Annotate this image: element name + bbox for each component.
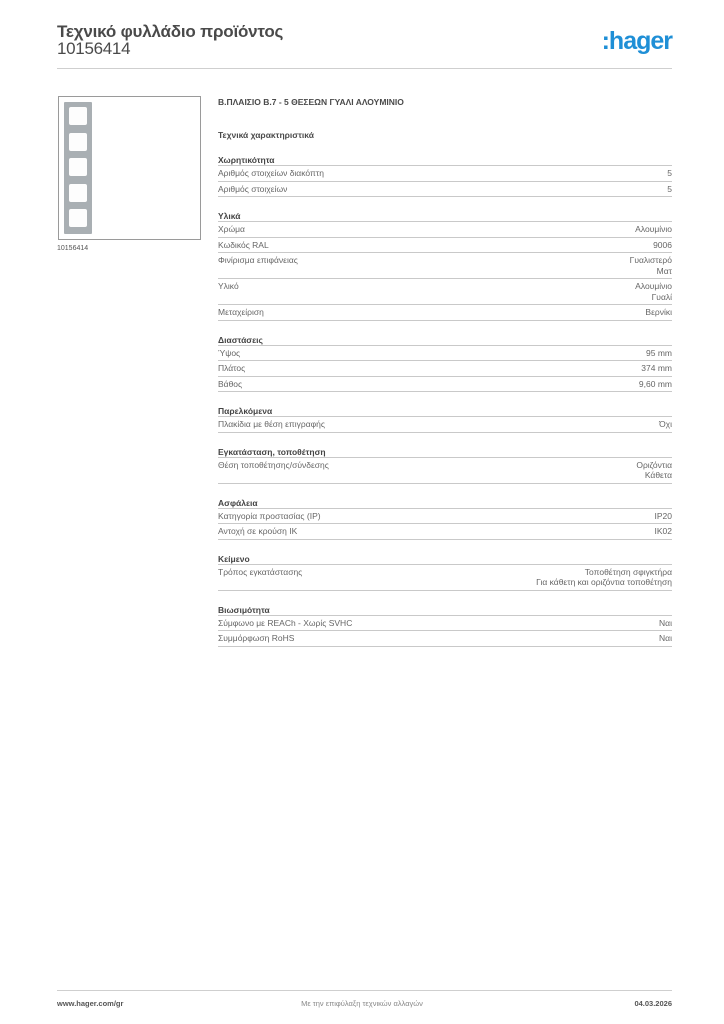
spec-label: Συμμόρφωση RoHS <box>218 633 659 644</box>
section-title: Εγκατάσταση, τοποθέτηση <box>218 447 672 458</box>
section-title: Βιωσιμότητα <box>218 605 672 616</box>
spec-value-line: Για κάθετη και οριζόντια τοποθέτηση <box>536 577 672 588</box>
spec-value: Ναι <box>659 618 672 629</box>
spec-value: Τοποθέτηση σφιγκτήραΓια κάθετη και οριζό… <box>536 567 672 588</box>
spec-value-line: Γυαλί <box>635 292 672 303</box>
frame-slot <box>69 158 87 176</box>
spec-value-line: Οριζόντια <box>636 460 672 471</box>
spec-value-line: 9006 <box>653 240 672 251</box>
spec-value-line: Ματ <box>630 266 672 277</box>
product-title: Β.ΠΛΑΙΣΙΟ Β.7 - 5 ΘΕΣΕΩΝ ΓΥΑΛΙ ΑΛΟΥΜΙΝΙΟ <box>218 97 672 108</box>
spec-value: IK02 <box>655 526 673 537</box>
spec-label: Σύμφωνο με REACh - Χωρίς SVHC <box>218 618 659 629</box>
spec-value-line: 5 <box>667 168 672 179</box>
spec-row: Ύψος95 mm <box>218 346 672 362</box>
spec-label: Αντοχή σε κρούση IK <box>218 526 655 537</box>
spec-row: Αριθμός στοιχείων5 <box>218 182 672 198</box>
spec-row: Σύμφωνο με REACh - Χωρίς SVHCΝαι <box>218 616 672 632</box>
spec-section: ΥλικάΧρώμαΑλουμίνιοΚωδικός RAL9006Φινίρι… <box>218 211 672 321</box>
spec-row: Κωδικός RAL9006 <box>218 238 672 254</box>
spec-value-line: Τοποθέτηση σφιγκτήρα <box>536 567 672 578</box>
spec-value: 9,60 mm <box>639 379 672 390</box>
spec-row: Πλάτος374 mm <box>218 361 672 377</box>
spec-value-line: 95 mm <box>646 348 672 359</box>
frame-slot <box>69 107 87 125</box>
spec-label: Χρώμα <box>218 224 635 235</box>
spec-value: ΟριζόντιαΚάθετα <box>636 460 672 481</box>
spec-label: Κωδικός RAL <box>218 240 653 251</box>
spec-value-line: Αλουμίνιο <box>635 281 672 292</box>
spec-row: Αριθμός στοιχείων διακόπτη5 <box>218 166 672 182</box>
spec-label: Πλακίδια με θέση επιγραφής <box>218 419 659 430</box>
spec-section: ΧωρητικότηταΑριθμός στοιχείων διακόπτη5Α… <box>218 155 672 197</box>
header-divider <box>57 68 672 69</box>
section-title: Υλικά <box>218 211 672 222</box>
spec-row: ΧρώμαΑλουμίνιο <box>218 222 672 238</box>
spec-value: IP20 <box>655 511 673 522</box>
frame-slot <box>69 209 87 227</box>
spec-value: 5 <box>667 184 672 195</box>
frame-5-gang-vertical-icon <box>64 102 92 234</box>
section-title: Διαστάσεις <box>218 335 672 346</box>
spec-label: Θέση τοποθέτησης/σύνδεσης <box>218 460 636 481</box>
section-title: Κείμενο <box>218 554 672 565</box>
spec-row: Πλακίδια με θέση επιγραφήςΌχι <box>218 417 672 433</box>
spec-value: Βερνίκι <box>645 307 672 318</box>
product-image-caption: 10156414 <box>57 245 88 252</box>
spec-label: Φινίρισμα επιφάνειας <box>218 255 630 276</box>
frame-slot <box>69 133 87 151</box>
spec-label: Βάθος <box>218 379 639 390</box>
spec-heading: Τεχνικά χαρακτηριστικά <box>218 130 672 141</box>
spec-row: Βάθος9,60 mm <box>218 377 672 393</box>
spec-section: Εγκατάσταση, τοποθέτησηΘέση τοποθέτησης/… <box>218 447 672 484</box>
spec-value-line: Όχι <box>659 419 672 430</box>
spec-value: Ναι <box>659 633 672 644</box>
spec-row: Τρόπος εγκατάστασηςΤοποθέτηση σφιγκτήραΓ… <box>218 565 672 591</box>
spec-row: Αντοχή σε κρούση IKIK02 <box>218 524 672 540</box>
spec-section: ΑσφάλειαΚατηγορία προστασίας (IP)IP20Αντ… <box>218 498 672 540</box>
spec-value-line: IP20 <box>655 511 673 522</box>
spec-section: ΠαρελκόμεναΠλακίδια με θέση επιγραφήςΌχι <box>218 406 672 433</box>
spec-label: Πλάτος <box>218 363 641 374</box>
spec-row: ΜεταχείρισηΒερνίκι <box>218 305 672 321</box>
footer-divider <box>57 990 672 991</box>
spec-value: 9006 <box>653 240 672 251</box>
spec-value-line: Βερνίκι <box>645 307 672 318</box>
spec-row: Θέση τοποθέτησης/σύνδεσηςΟριζόντιαΚάθετα <box>218 458 672 484</box>
spec-value: 5 <box>667 168 672 179</box>
spec-value-line: Αλουμίνιο <box>635 224 672 235</box>
spec-value-line: 374 mm <box>641 363 672 374</box>
spec-value-line: 9,60 mm <box>639 379 672 390</box>
spec-row: Συμμόρφωση RoHSΝαι <box>218 631 672 647</box>
spec-label: Ύψος <box>218 348 646 359</box>
spec-value: Όχι <box>659 419 672 430</box>
spec-row: ΥλικόΑλουμίνιοΓυαλί <box>218 279 672 305</box>
section-title: Χωρητικότητα <box>218 155 672 166</box>
footer-date: 04.03.2026 <box>634 999 672 1008</box>
spec-label: Υλικό <box>218 281 635 302</box>
spec-value-line: 5 <box>667 184 672 195</box>
spec-label: Κατηγορία προστασίας (IP) <box>218 511 655 522</box>
spec-value-line: Ναι <box>659 618 672 629</box>
spec-label: Μεταχείριση <box>218 307 645 318</box>
footer-disclaimer: Με την επιφύλαξη τεχνικών αλλαγών <box>0 999 724 1008</box>
section-title: Ασφάλεια <box>218 498 672 509</box>
spec-value-line: Γυαλιστερό <box>630 255 672 266</box>
section-title: Παρελκόμενα <box>218 406 672 417</box>
spec-value-line: Ναι <box>659 633 672 644</box>
spec-value-line: Κάθετα <box>636 470 672 481</box>
spec-row: Κατηγορία προστασίας (IP)IP20 <box>218 509 672 525</box>
spec-value: 95 mm <box>646 348 672 359</box>
spec-value: ΑλουμίνιοΓυαλί <box>635 281 672 302</box>
spec-label: Αριθμός στοιχείων διακόπτη <box>218 168 667 179</box>
spec-value: Αλουμίνιο <box>635 224 672 235</box>
frame-slot <box>69 184 87 202</box>
spec-section: ΒιωσιμότηταΣύμφωνο με REACh - Χωρίς SVHC… <box>218 605 672 647</box>
spec-row: Φινίρισμα επιφάνειαςΓυαλιστερόΜατ <box>218 253 672 279</box>
spec-value: 374 mm <box>641 363 672 374</box>
spec-section: ΚείμενοΤρόπος εγκατάστασηςΤοποθέτηση σφι… <box>218 554 672 591</box>
spec-label: Τρόπος εγκατάστασης <box>218 567 536 588</box>
hager-logo: :hager <box>602 27 672 56</box>
spec-section: ΔιαστάσειςΎψος95 mmΠλάτος374 mmΒάθος9,60… <box>218 335 672 393</box>
product-image <box>58 96 201 240</box>
spec-value-line: IK02 <box>655 526 673 537</box>
spec-sections: ΧωρητικότηταΑριθμός στοιχείων διακόπτη5Α… <box>218 155 672 647</box>
spec-content: Β.ΠΛΑΙΣΙΟ Β.7 - 5 ΘΕΣΕΩΝ ΓΥΑΛΙ ΑΛΟΥΜΙΝΙΟ… <box>218 97 672 647</box>
spec-value: ΓυαλιστερόΜατ <box>630 255 672 276</box>
spec-label: Αριθμός στοιχείων <box>218 184 667 195</box>
document-product-number: 10156414 <box>57 39 130 59</box>
